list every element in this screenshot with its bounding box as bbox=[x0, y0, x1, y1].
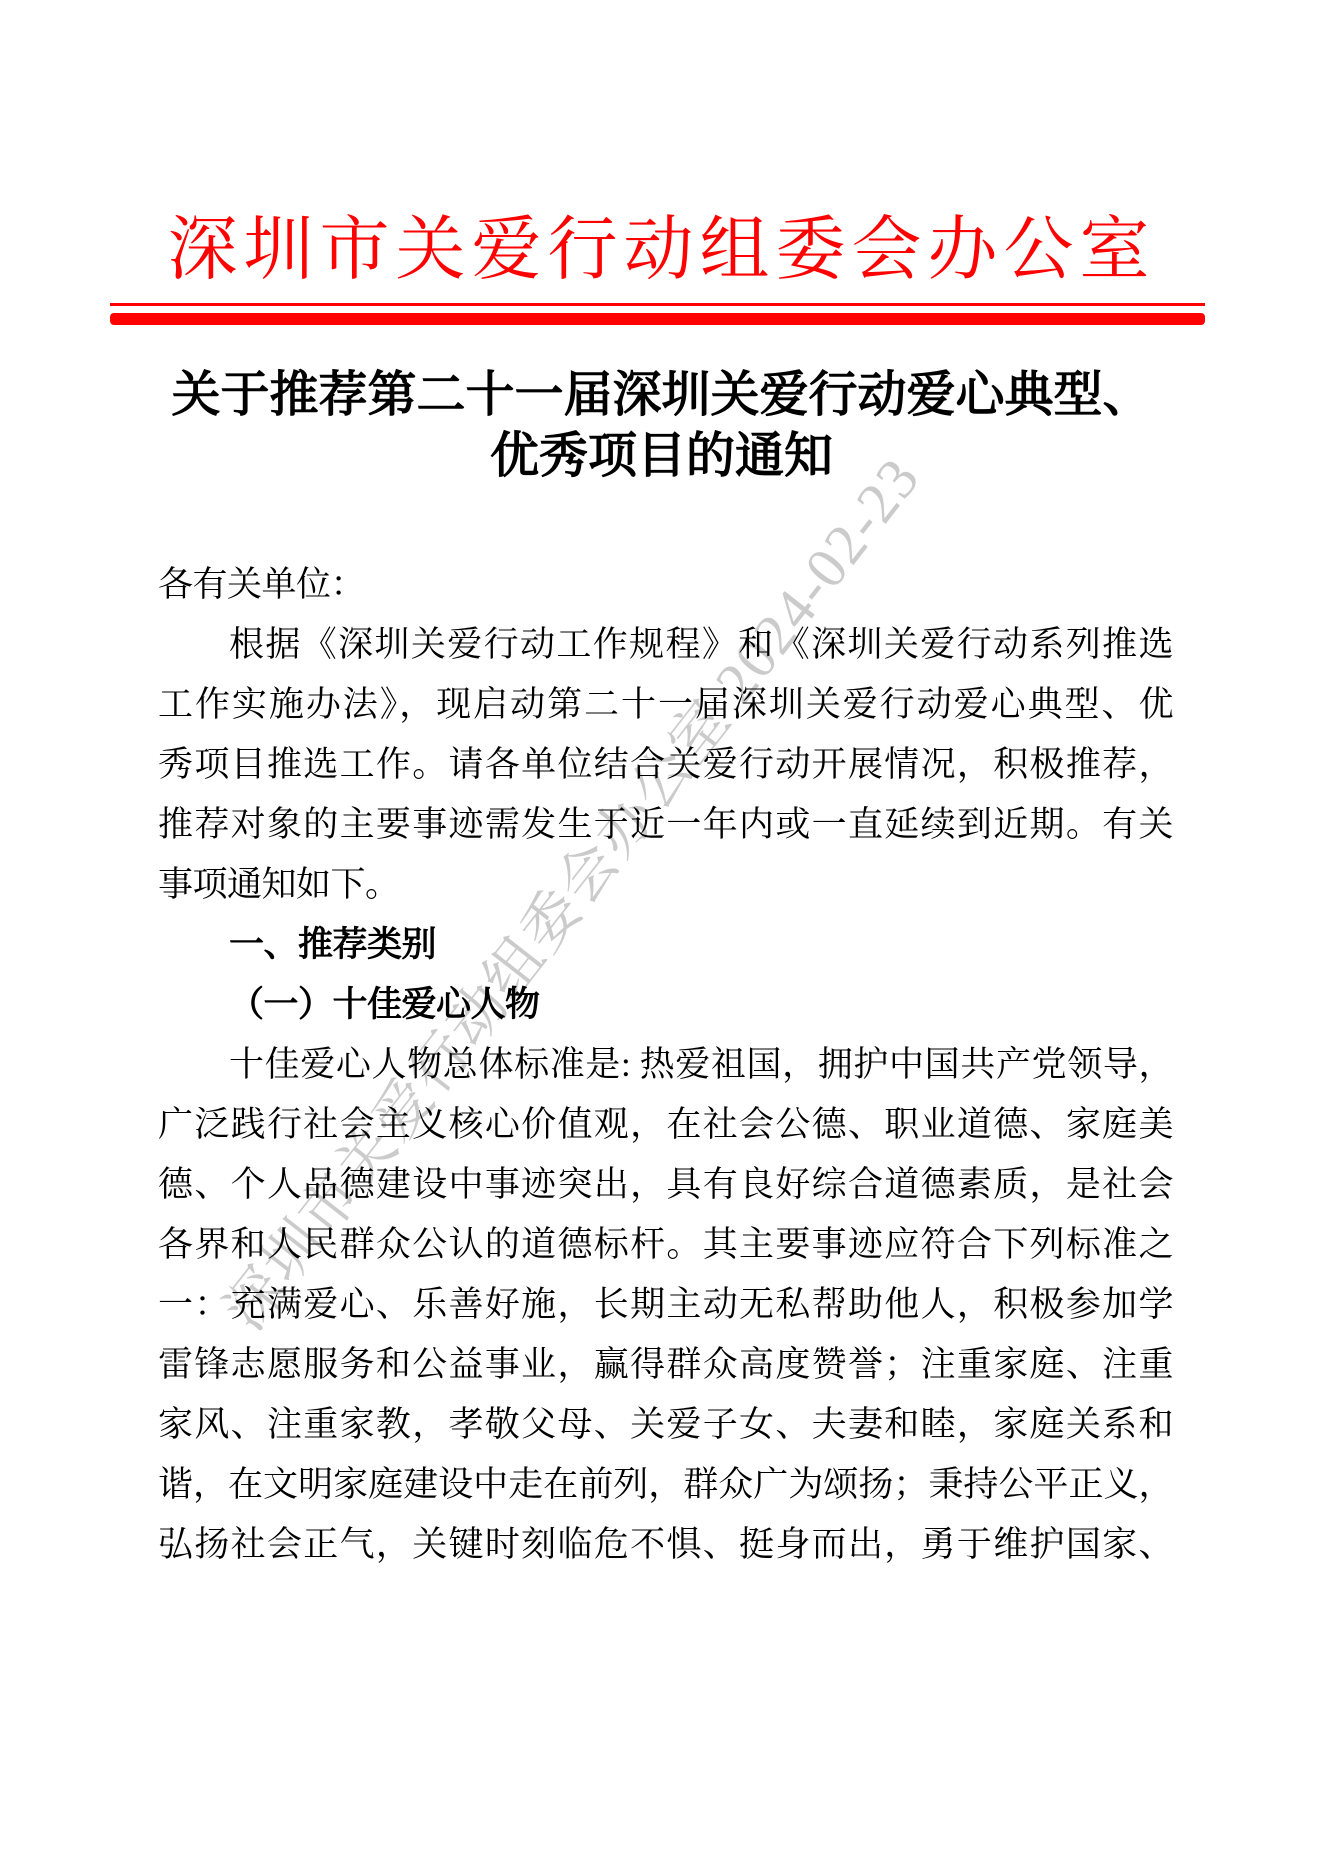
body-line: 根据《深圳关爱行动工作规程》和《深圳关爱行动系列推选 bbox=[158, 615, 1173, 675]
official-document-page: 深圳市关爱行动组委会办公室 2024-02-23 深圳市关爱行动组委会办公室 关… bbox=[0, 0, 1323, 1871]
body-line: 事项通知如下。 bbox=[158, 855, 1173, 915]
body-line: 各界和人民群众公认的道德标杆。其主要事迹应符合下列标准之 bbox=[158, 1215, 1173, 1275]
body-line: 推荐对象的主要事迹需发生于近一年内或一直延续到近期。有关 bbox=[158, 795, 1173, 855]
body-line: 德、个人品德建设中事迹突出，具有良好综合道德素质，是社会 bbox=[158, 1155, 1173, 1215]
body-line: 广泛践行社会主义核心价值观，在社会公德、职业道德、家庭美 bbox=[158, 1095, 1173, 1155]
letterhead-rule-thin bbox=[110, 303, 1205, 306]
section-heading: 一、推荐类别 bbox=[158, 915, 1173, 975]
body-line: 工作实施办法》，现启动第二十一届深圳关爱行动爱心典型、优 bbox=[158, 675, 1173, 735]
body-line: 家风、注重家教，孝敬父母、关爱子女、夫妻和睦，家庭关系和 bbox=[158, 1395, 1173, 1455]
body-line: 秀项目推选工作。请各单位结合关爱行动开展情况，积极推荐， bbox=[158, 735, 1173, 795]
body-line: 一：充满爱心、乐善好施，长期主动无私帮助他人，积极参加学 bbox=[158, 1275, 1173, 1335]
document-title-line-2: 优秀项目的通知 bbox=[0, 425, 1323, 486]
letterhead-rule-thick bbox=[110, 313, 1205, 325]
body-line: 十佳爱心人物总体标准是: 热爱祖国，拥护中国共产党领导， bbox=[158, 1035, 1173, 1095]
sub-heading: （一）十佳爱心人物 bbox=[158, 975, 1173, 1035]
letterhead-org-name: 深圳市关爱行动组委会办公室 bbox=[0, 205, 1323, 297]
body-line: 弘扬社会正气，关键时刻临危不惧、挺身而出，勇于维护国家、 bbox=[158, 1515, 1173, 1575]
body-line: 雷锋志愿服务和公益事业，赢得群众高度赞誉；注重家庭、注重 bbox=[158, 1335, 1173, 1395]
document-title: 关于推荐第二十一届深圳关爱行动爱心典型、 优秀项目的通知 bbox=[0, 364, 1323, 486]
document-body: 各有关单位： 根据《深圳关爱行动工作规程》和《深圳关爱行动系列推选 工作实施办法… bbox=[158, 555, 1173, 1575]
body-line-salutation: 各有关单位： bbox=[158, 555, 1173, 615]
document-title-line-1: 关于推荐第二十一届深圳关爱行动爱心典型、 bbox=[0, 364, 1323, 425]
body-line: 谐，在文明家庭建设中走在前列，群众广为颂扬；秉持公平正义， bbox=[158, 1455, 1173, 1515]
